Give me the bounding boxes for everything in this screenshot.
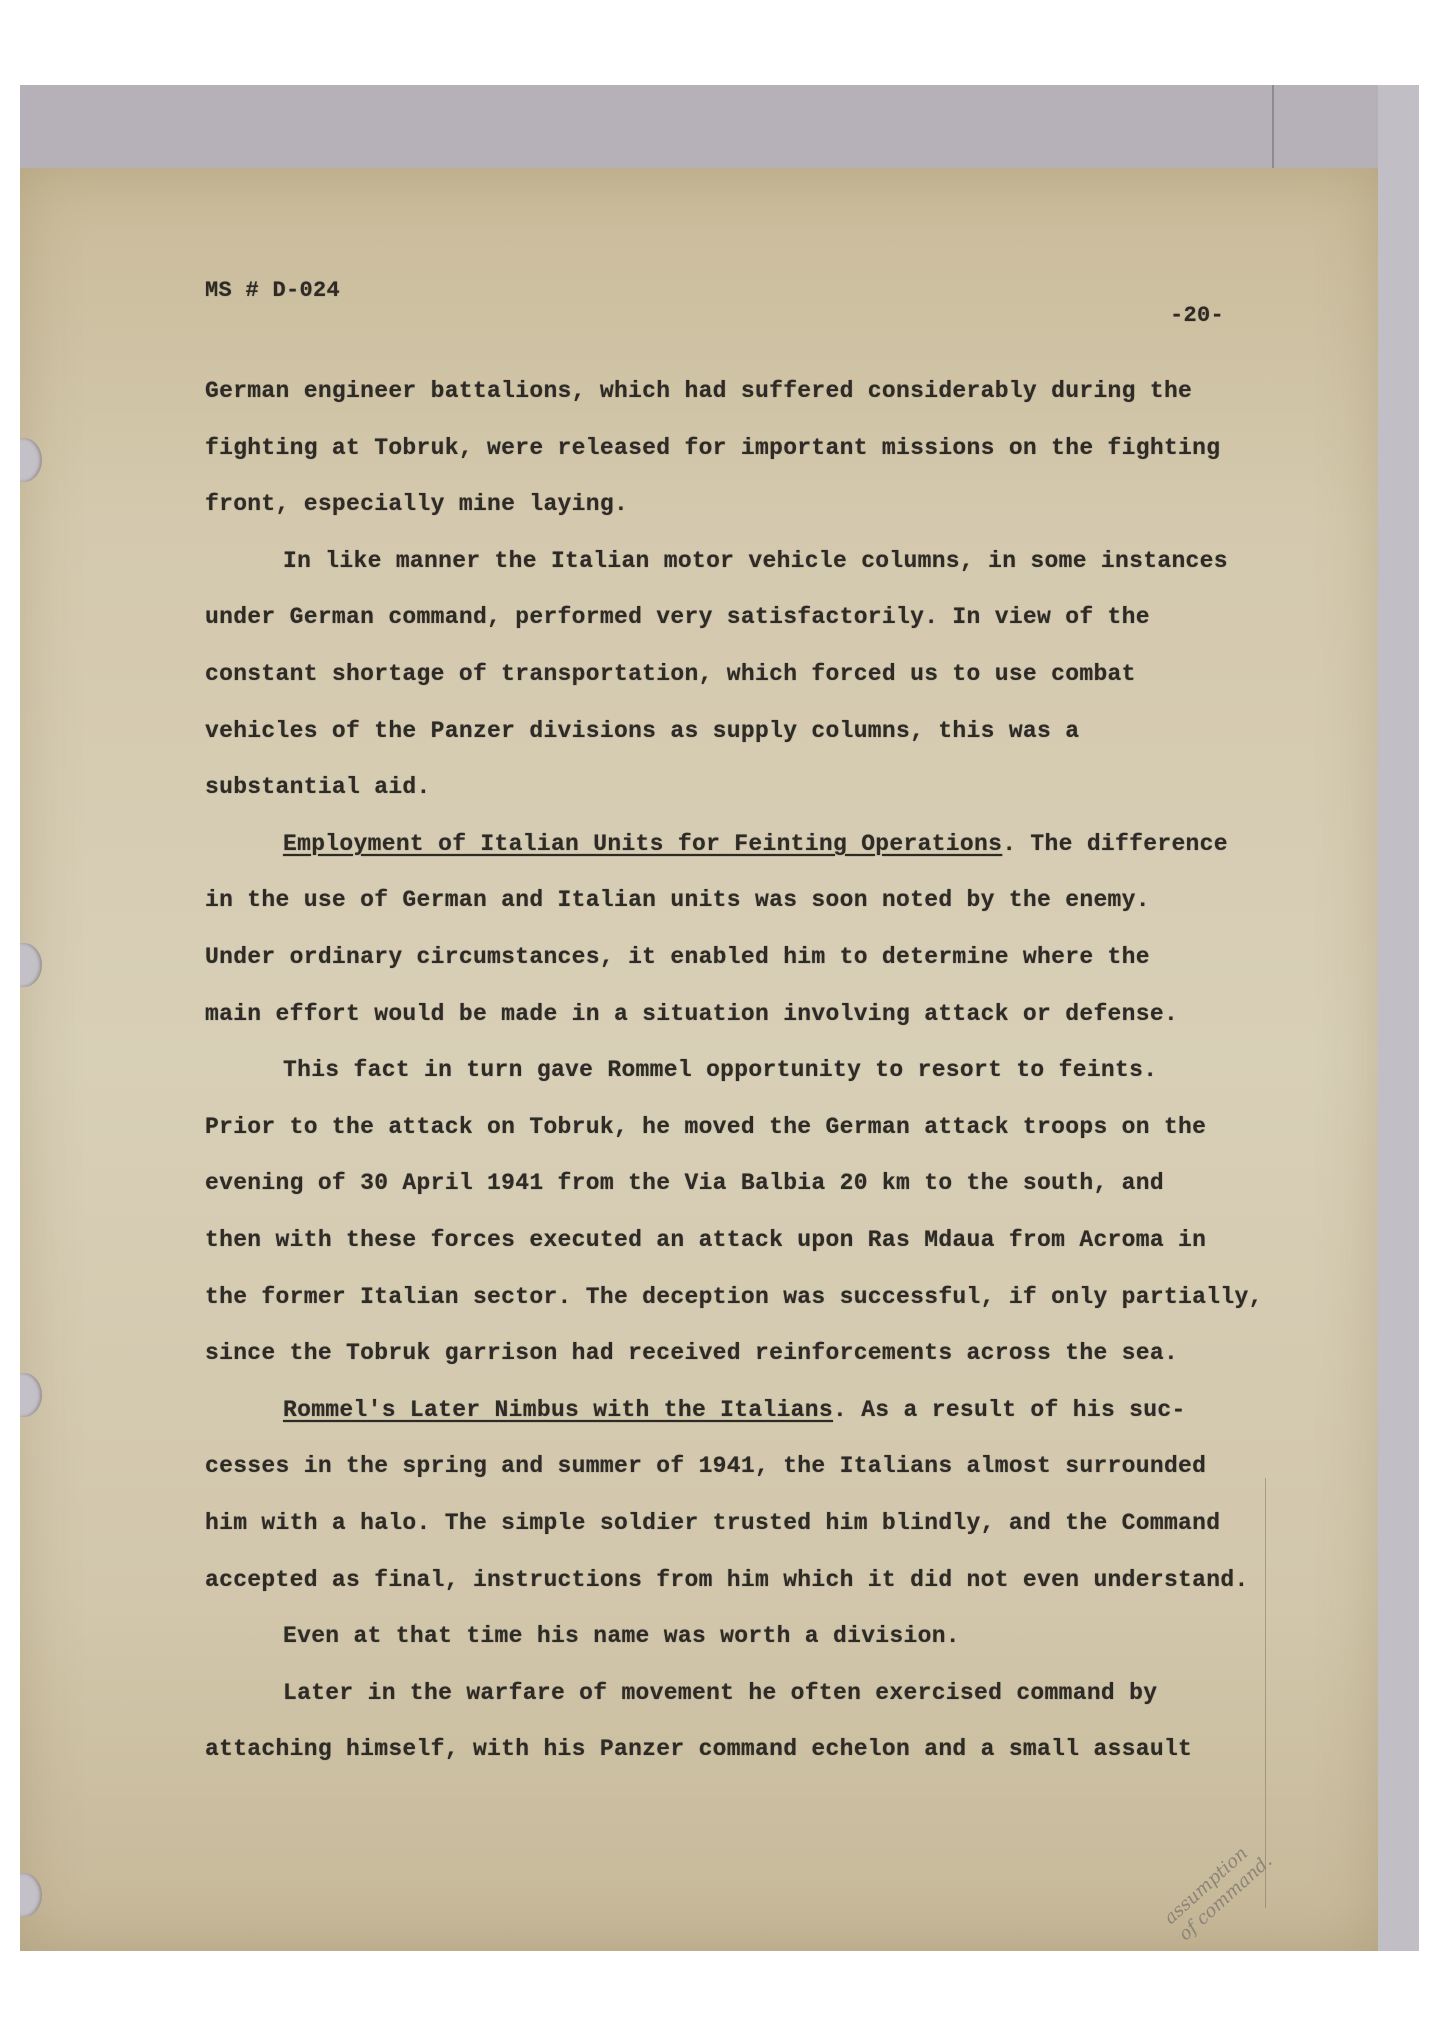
section-heading: Rommel's Later Nimbus with the Italians: [283, 1397, 833, 1423]
line-text: main effort would be made in a situation…: [205, 1001, 1178, 1027]
body-line: German engineer battalions, which had su…: [205, 378, 1192, 404]
line-text: constant shortage of transportation, whi…: [205, 661, 1136, 687]
line-text: Later in the warfare of movement he ofte…: [283, 1680, 1157, 1706]
body-line: cesses in the spring and summer of 1941,…: [205, 1453, 1206, 1479]
line-text: cesses in the spring and summer of 1941,…: [205, 1453, 1206, 1479]
body-line: constant shortage of transportation, whi…: [205, 661, 1136, 687]
handwritten-annotation: assumption of command.: [1160, 1813, 1345, 1951]
line-text: attaching himself, with his Panzer comma…: [205, 1736, 1192, 1762]
line-text: In like manner the Italian motor vehicle…: [283, 548, 1228, 574]
body-line: Under ordinary circumstances, it enabled…: [205, 944, 1150, 970]
body-line: evening of 30 April 1941 from the Via Ba…: [205, 1170, 1164, 1196]
body-line: since the Tobruk garrison had received r…: [205, 1340, 1178, 1366]
body-line: the former Italian sector. The deception…: [205, 1284, 1263, 1310]
line-text: under German command, performed very sat…: [205, 604, 1150, 630]
line-text: the former Italian sector. The deception…: [205, 1284, 1263, 1310]
manuscript-id: MS # D-024: [205, 278, 340, 303]
body-line: him with a halo. The simple soldier trus…: [205, 1510, 1220, 1536]
punch-hole: [20, 438, 42, 482]
body-line: In like manner the Italian motor vehicle…: [283, 548, 1228, 574]
line-text: This fact in turn gave Rommel opportunit…: [283, 1057, 1157, 1083]
section-heading: Employment of Italian Units for Feinting…: [283, 831, 1002, 857]
line-text: since the Tobruk garrison had received r…: [205, 1340, 1178, 1366]
body-line: then with these forces executed an attac…: [205, 1227, 1206, 1253]
punch-hole: [20, 943, 42, 987]
page-number: -20-: [1170, 303, 1224, 328]
body-line: accepted as final, instructions from him…: [205, 1567, 1249, 1593]
line-text: fighting at Tobruk, were released for im…: [205, 435, 1220, 461]
line-text: accepted as final, instructions from him…: [205, 1567, 1249, 1593]
body-line: in the use of German and Italian units w…: [205, 887, 1150, 913]
body-line: Even at that time his name was worth a d…: [283, 1623, 960, 1649]
line-text: German engineer battalions, which had su…: [205, 378, 1192, 404]
line-text: substantial aid.: [205, 774, 431, 800]
backdrop-right: [1378, 85, 1419, 1951]
body-line: vehicles of the Panzer divisions as supp…: [205, 718, 1079, 744]
line-text: vehicles of the Panzer divisions as supp…: [205, 718, 1079, 744]
body-line: This fact in turn gave Rommel opportunit…: [283, 1057, 1157, 1083]
section-heading-line: Employment of Italian Units for Feinting…: [283, 831, 1228, 857]
line-text: him with a halo. The simple soldier trus…: [205, 1510, 1220, 1536]
line-text: then with these forces executed an attac…: [205, 1227, 1206, 1253]
line-text: Prior to the attack on Tobruk, he moved …: [205, 1114, 1206, 1140]
line-text: Under ordinary circumstances, it enabled…: [205, 944, 1150, 970]
section-heading-line: Rommel's Later Nimbus with the Italians.…: [283, 1397, 1186, 1423]
line-text: in the use of German and Italian units w…: [205, 887, 1150, 913]
line-text: . As a result of his suc-: [833, 1397, 1186, 1423]
line-text: evening of 30 April 1941 from the Via Ba…: [205, 1170, 1164, 1196]
typewritten-page: MS # D-024 -20- German engineer battalio…: [20, 168, 1378, 1951]
body-line: fighting at Tobruk, were released for im…: [205, 435, 1220, 461]
body-line: front, especially mine laying.: [205, 491, 628, 517]
body-line: Later in the warfare of movement he ofte…: [283, 1680, 1157, 1706]
body-line: main effort would be made in a situation…: [205, 1001, 1178, 1027]
line-text: front, especially mine laying.: [205, 491, 628, 517]
line-text: Even at that time his name was worth a d…: [283, 1623, 960, 1649]
document-photo: MS # D-024 -20- German engineer battalio…: [20, 85, 1419, 1951]
body-line: substantial aid.: [205, 774, 431, 800]
body-line: attaching himself, with his Panzer comma…: [205, 1736, 1192, 1762]
body-line: Prior to the attack on Tobruk, he moved …: [205, 1114, 1206, 1140]
line-text: . The difference: [1002, 831, 1228, 857]
punch-hole: [20, 1873, 42, 1917]
punch-hole: [20, 1373, 42, 1417]
body-line: under German command, performed very sat…: [205, 604, 1150, 630]
